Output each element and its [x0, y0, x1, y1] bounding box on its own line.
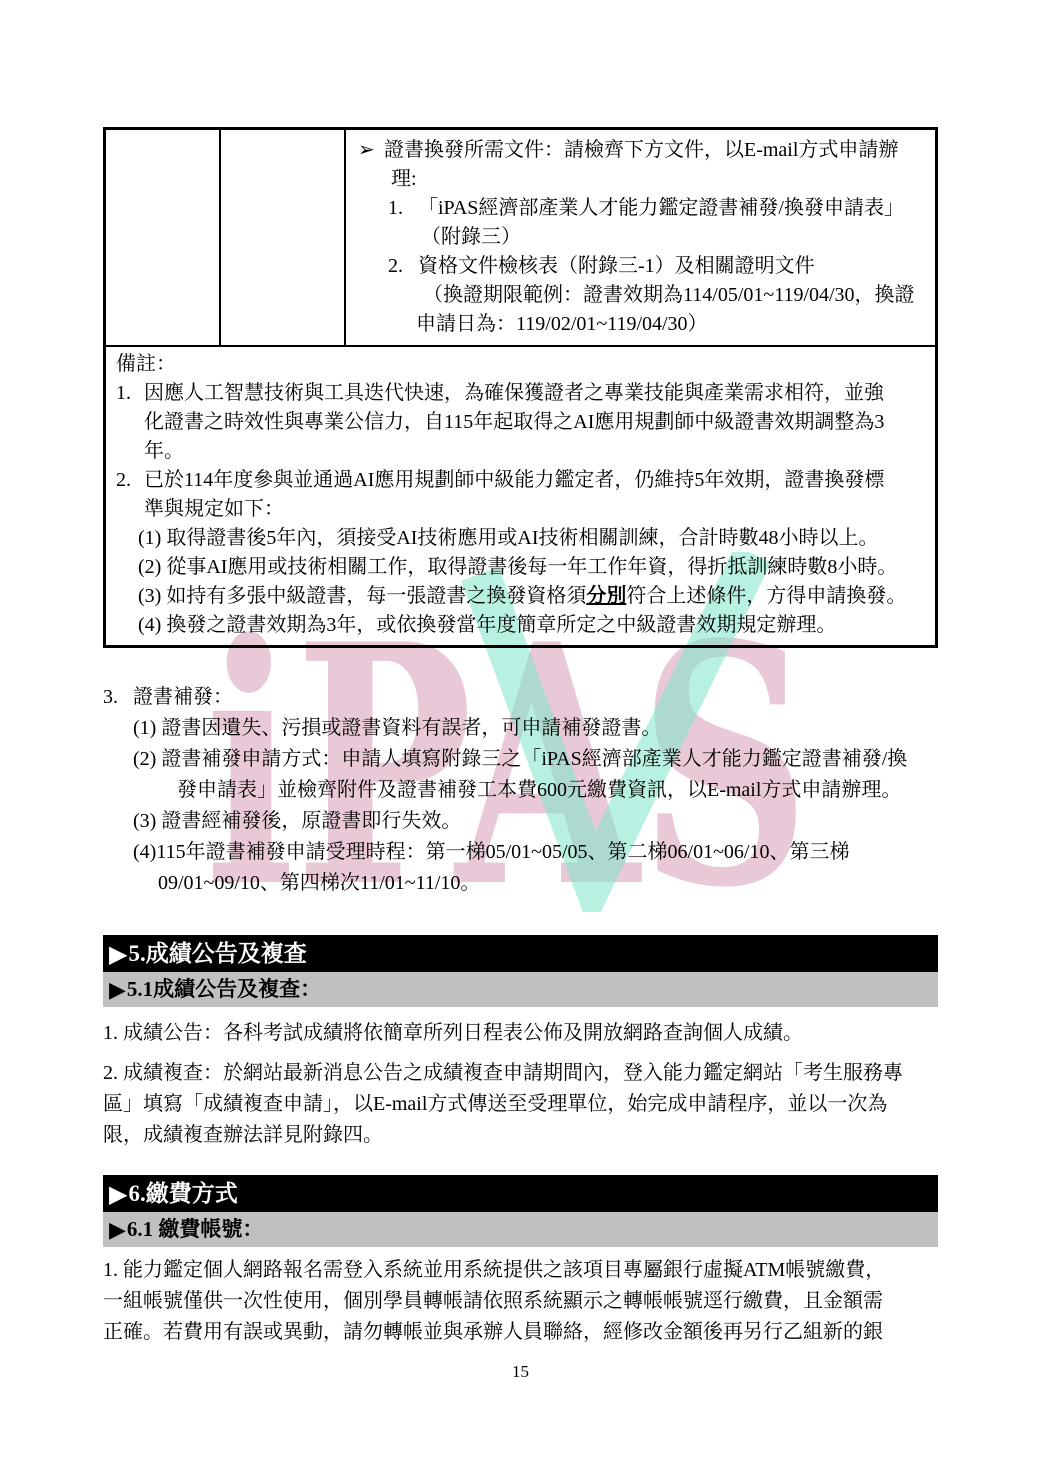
certificate-renewal-table: ➢ 證書換發所需文件：請檢齊下方文件，以E-mail方式申請辦 理: 1. 「i…: [103, 127, 938, 648]
list-number: 1.: [116, 379, 144, 408]
section-5-1-title: 5.1成績公告及複查：: [127, 977, 321, 1001]
section-arrow-icon: ▶: [109, 937, 127, 974]
notes-item-1: 1. 因應人工智慧技術與工具迭代快速，為確保獲證者之專業技能與產業需求相符，並強…: [116, 379, 925, 466]
section-5-title: 5.成績公告及複查: [128, 941, 306, 966]
renewal-doc-item-1: 1. 「iPAS經濟部產業人才能力鑑定證書補發/換發申請表」: [358, 194, 925, 223]
renewal-doc-item-1-text: 「iPAS經濟部產業人才能力鑑定證書補發/換發申請表」: [418, 194, 925, 223]
notes-title: 備註：: [116, 350, 925, 379]
reissue-sub-1: (1) 證書因遺失、污損或證書資料有誤者，可申請補發證書。: [103, 713, 938, 744]
notes-item-2: 2. 已於114年度參與並通過AI應用規劃師中級能力鑑定者，仍維持5年效期，證書…: [116, 466, 925, 524]
reissue-sub-2-line1: (2) 證書補發申請方式：申請人填寫附錄三之「iPAS經濟部產業人才能力鑑定證書…: [103, 744, 938, 775]
table-row: 備註： 1. 因應人工智慧技術與工具迭代快速，為確保獲證者之專業技能與產業需求相…: [105, 346, 937, 647]
section-6-1-title: 6.1 繳費帳號：: [127, 1217, 264, 1241]
list-number: 3.: [103, 682, 133, 713]
renewal-docs-intro-line1: 證書換發所需文件：請檢齊下方文件，以E-mail方式申請辦: [384, 136, 925, 165]
section-arrow-icon: ▶: [109, 972, 126, 1007]
reissue-sub-4-line1: (4)115年證書補發申請受理時程：第一梯05/01~05/05、第二梯06/0…: [103, 837, 938, 868]
score-recheck-item: 2. 成績複查：於網站最新消息公告之成績複查申請期間內，登入能力鑑定網站「考生服…: [103, 1058, 938, 1151]
section-5-1-subheader-bar: ▶5.1成績公告及複查：: [103, 972, 938, 1007]
notes-sub-3: (3) 如持有多張中級證書，每一張證書之換發資格須分別符合上述條件，方得申請換發…: [116, 582, 925, 611]
renewal-docs-intro-line2: 理:: [358, 165, 925, 194]
table-cell-empty-left: [105, 129, 221, 347]
emphasized-term: 分別: [586, 585, 626, 607]
renewal-period-example-line1: （換證期限範例：證書效期為114/05/01~119/04/30，換證: [358, 281, 925, 310]
table-cell-renewal-documents: ➢ 證書換發所需文件：請檢齊下方文件，以E-mail方式申請辦 理: 1. 「i…: [345, 129, 937, 347]
section-6-header-bar: ▶6.繳費方式: [103, 1175, 938, 1212]
list-number: 2.: [116, 466, 144, 495]
renewal-period-example-line2: 申請日為：119/02/01~119/04/30）: [358, 310, 925, 339]
list-number: 2.: [388, 252, 418, 281]
section-arrow-icon: ▶: [109, 1212, 126, 1247]
section-arrow-icon: ▶: [109, 1177, 127, 1214]
notes-sub-2: (2) 從事AI應用或技術相關工作，取得證書後每一年工作年資，得折抵訓練時數8小…: [116, 553, 925, 582]
renewal-docs-intro: ➢ 證書換發所需文件：請檢齊下方文件，以E-mail方式申請辦: [358, 136, 925, 165]
arrow-bullet-icon: ➢: [358, 136, 384, 165]
reissue-sub-2-line2: 發申請表」並檢齊附件及證書補發工本費600元繳費資訊，以E-mail方式申請辦理…: [103, 775, 938, 806]
notes-item-2-text: 已於114年度參與並通過AI應用規劃師中級能力鑑定者，仍維持5年效期，證書換發標…: [144, 466, 925, 524]
page-number: 15: [103, 1362, 938, 1382]
table-cell-notes: 備註： 1. 因應人工智慧技術與工具迭代快速，為確保獲證者之專業技能與產業需求相…: [105, 346, 937, 647]
section-5-header-bar: ▶5.成績公告及複查: [103, 935, 938, 972]
reissue-heading: 3. 證書補發：: [103, 682, 938, 713]
certificate-reissue-section: 3. 證書補發： (1) 證書因遺失、污損或證書資料有誤者，可申請補發證書。 (…: [103, 682, 938, 899]
reissue-sub-3: (3) 證書經補發後，原證書即行失效。: [103, 806, 938, 837]
payment-account-item: 1. 能力鑑定個人網路報名需登入系統並用系統提供之該項目專屬銀行虛擬ATM帳號繳…: [103, 1255, 938, 1348]
notes-sub-1: (1) 取得證書後5年內，須接受AI技術應用或AI技術相關訓練，合計時數48小時…: [116, 524, 925, 553]
renewal-doc-item-2-text: 資格文件檢核表（附錄三-1）及相關證明文件: [418, 252, 925, 281]
notes-sub-4: (4) 換發之證書效期為3年，或依換發當年度簡章所定之中級證書效期規定辦理。: [116, 611, 925, 640]
score-announcement-item: 1. 成績公告：各科考試成績將依簡章所列日程表公佈及開放網路查詢個人成績。: [103, 1018, 938, 1049]
notes-item-1-text: 因應人工智慧技術與工具迭代快速，為確保獲證者之專業技能與產業需求相符，並強 化證…: [144, 379, 925, 466]
renewal-doc-item-2: 2. 資格文件檢核表（附錄三-1）及相關證明文件: [358, 252, 925, 281]
renewal-doc-item-1-appendix: （附錄三）: [358, 223, 925, 252]
reissue-sub-4-line2: 09/01~09/10、第四梯次11/01~11/10。: [103, 868, 938, 899]
section-6-title: 6.繳費方式: [128, 1181, 237, 1206]
document-page: ➢ 證書換發所需文件：請檢齊下方文件，以E-mail方式申請辦 理: 1. 「i…: [103, 127, 938, 1382]
list-number: 1.: [388, 194, 418, 223]
reissue-heading-text: 證書補發：: [133, 682, 938, 713]
table-cell-empty-middle: [220, 129, 345, 347]
table-row: ➢ 證書換發所需文件：請檢齊下方文件，以E-mail方式申請辦 理: 1. 「i…: [105, 129, 937, 347]
section-6-1-subheader-bar: ▶6.1 繳費帳號：: [103, 1212, 938, 1247]
